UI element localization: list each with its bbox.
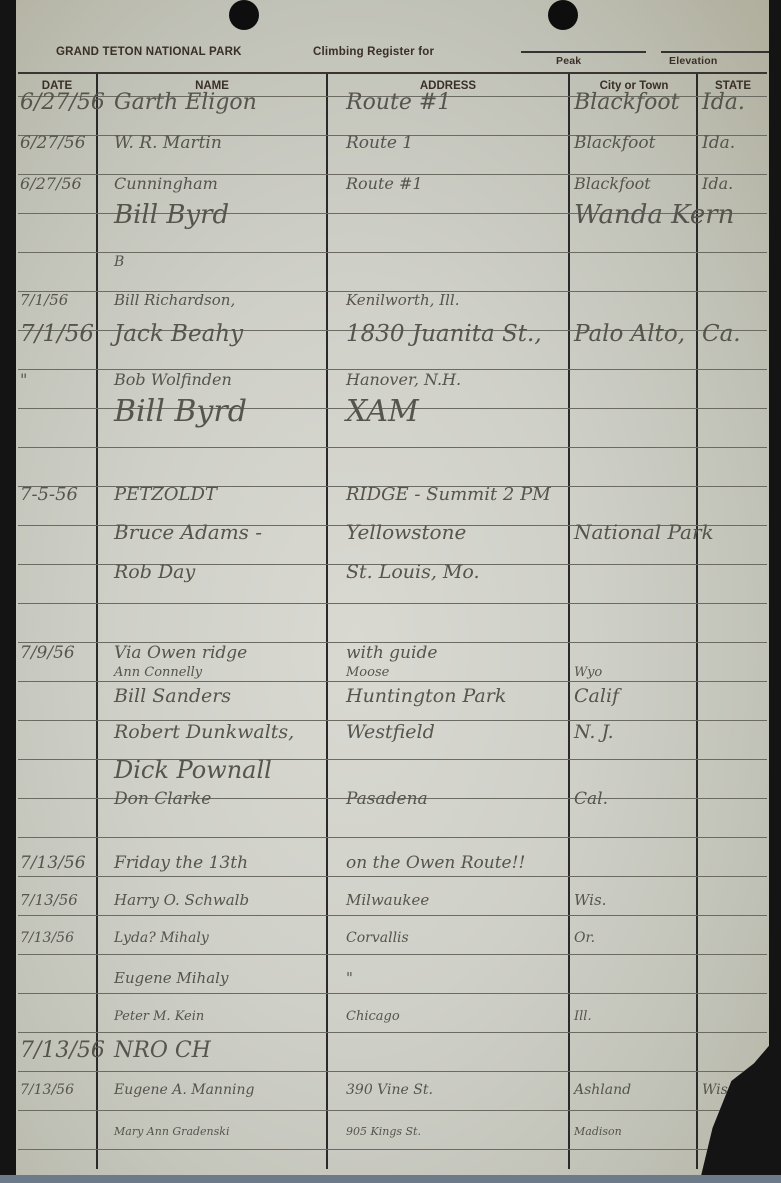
- entry-city: Cal.: [574, 789, 608, 809]
- entry-name: Garth Eligon: [114, 90, 257, 115]
- entry-name: Dick Pownall: [114, 756, 272, 784]
- entry-name: PETZOLDT: [114, 484, 217, 505]
- entry-address: 905 Kings St.: [346, 1125, 421, 1138]
- entry-name: Don Clarke: [114, 789, 211, 809]
- ruled-line: [18, 993, 767, 994]
- ruled-line: [18, 837, 767, 838]
- entry-address: St. Louis, Mo.: [346, 561, 480, 583]
- entry-city: Ill.: [574, 1009, 592, 1024]
- ruled-line: [18, 447, 767, 448]
- entry-city: Wanda Kern: [574, 200, 734, 230]
- entry-name: Bob Wolfinden: [114, 370, 232, 389]
- entry-address: Huntington Park: [346, 685, 506, 707]
- entry-name: Robert Dunkwalts,: [114, 721, 294, 743]
- entry-name: Jack Beahy: [114, 321, 243, 347]
- entry-address: Route #1: [346, 174, 423, 193]
- ruled-line: [18, 681, 767, 682]
- entry-address: on the Owen Route!!: [346, 853, 525, 873]
- bottom-edge: [0, 1175, 781, 1183]
- ruled-line: [18, 1149, 767, 1150]
- column-divider: [96, 74, 98, 1169]
- column-divider: [568, 74, 570, 1169]
- entry-date: 7/1/56: [20, 291, 68, 309]
- entry-city: Blackfoot: [574, 133, 655, 153]
- entry-state: Ida.: [702, 90, 745, 115]
- entry-state: Ca.: [702, 321, 741, 347]
- ruled-line: [18, 954, 767, 955]
- entry-city: Madison: [574, 1125, 622, 1138]
- ruled-line: [18, 915, 767, 916]
- ruled-line: [18, 252, 767, 253]
- entry-address: XAM: [346, 394, 419, 429]
- entry-name: W. R. Martin: [114, 133, 222, 153]
- entry-address: Moose: [346, 665, 389, 680]
- header-rule: [18, 72, 767, 74]
- entry-city: N. J.: [574, 721, 614, 743]
- entry-name: Bill Sanders: [114, 685, 231, 707]
- entry-name: Bill Byrd: [114, 394, 247, 429]
- peak-label: Peak: [556, 55, 581, 67]
- entry-name: Via Owen ridge: [114, 643, 247, 663]
- entry-date: 7/1/56: [20, 321, 94, 347]
- entry-name: B: [114, 254, 124, 270]
- entry-city: Palo Alto,: [574, 321, 685, 347]
- entry-name: Harry O. Schwalb: [114, 891, 249, 909]
- entry-city: Blackfoot: [574, 90, 679, 115]
- entry-name: Mary Ann Gradenski: [114, 1125, 229, 1138]
- entry-name: Peter M. Kein: [114, 1009, 204, 1024]
- entry-date: 6/27/56: [20, 174, 82, 193]
- entry-city: Blackfoot: [574, 174, 651, 193]
- entry-address: Corvallis: [346, 930, 409, 946]
- entry-name: Bill Byrd: [114, 200, 229, 230]
- entry-name: Bruce Adams -: [114, 520, 262, 544]
- entry-address: Route 1: [346, 133, 413, 153]
- entry-name: Cunningham: [114, 174, 218, 193]
- entry-city: Wis.: [574, 891, 606, 909]
- entry-city: National Park: [574, 520, 714, 544]
- entry-address: Hanover, N.H.: [346, 370, 461, 389]
- entry-name: Bill Richardson,: [114, 291, 235, 309]
- entry-address: RIDGE - Summit 2 PM: [346, 484, 551, 505]
- entry-state: Ida.: [702, 174, 733, 193]
- entry-address: 1830 Juanita St.,: [346, 321, 542, 347]
- ruled-line: [18, 876, 767, 877]
- ruled-line: [18, 603, 767, 604]
- entry-city: Calif: [574, 685, 619, 707]
- entry-address: Kenilworth, Ill.: [346, 291, 460, 309]
- entry-date: 6/27/56: [20, 133, 86, 153]
- entry-name: Ann Connelly: [114, 665, 202, 680]
- entry-name: Eugene Mihaly: [114, 969, 228, 987]
- column-divider: [326, 74, 328, 1169]
- entry-city: Ashland: [574, 1082, 631, 1098]
- entry-name: Lyda? Mihaly: [114, 930, 209, 946]
- entry-date: 6/27/56: [20, 90, 105, 115]
- entry-address: 390 Vine St.: [346, 1082, 433, 1098]
- elevation-label: Elevation: [669, 55, 717, 67]
- entry-address: Milwaukee: [346, 891, 429, 909]
- punch-hole: [229, 0, 259, 30]
- entry-date: 7/13/56: [20, 853, 86, 873]
- punch-hole: [548, 0, 578, 30]
- entry-address: Route #1: [346, 90, 451, 115]
- entry-address: Chicago: [346, 1009, 400, 1024]
- entry-city: Wyo: [574, 665, 602, 680]
- entry-name: Friday the 13th: [114, 853, 248, 873]
- ruled-line: [18, 1032, 767, 1033]
- column-divider: [696, 74, 698, 1169]
- entry-date: 7-5-56: [20, 484, 78, 505]
- entry-name: NRO CH: [114, 1038, 211, 1063]
- register-sheet: GRAND TETON NATIONAL PARK Climbing Regis…: [16, 0, 769, 1175]
- entry-date: ": [20, 370, 27, 389]
- elevation-line: [661, 51, 769, 53]
- entry-date: 7/13/56: [20, 891, 78, 909]
- ruled-line: [18, 1110, 767, 1111]
- entry-city: Or.: [574, 930, 595, 946]
- ruled-line: [18, 1071, 767, 1072]
- entry-address: ": [346, 969, 353, 987]
- entry-date: 7/9/56: [20, 643, 75, 663]
- entry-address: with guide: [346, 643, 437, 663]
- entry-date: 7/13/56: [20, 930, 74, 946]
- entry-state: Ida.: [702, 133, 735, 153]
- entry-name: Rob Day: [114, 561, 195, 583]
- entry-address: Westfield: [346, 721, 435, 743]
- register-label: Climbing Register for: [313, 46, 434, 58]
- entry-date: 7/13/56: [20, 1082, 74, 1098]
- park-title: GRAND TETON NATIONAL PARK: [56, 46, 242, 58]
- entry-name: Eugene A. Manning: [114, 1082, 254, 1098]
- entry-address: Yellowstone: [346, 520, 466, 544]
- entry-state: Wis.: [702, 1082, 732, 1098]
- entry-date: 7/13/56: [20, 1038, 105, 1063]
- peak-line: [521, 51, 646, 53]
- entry-address: Pasadena: [346, 789, 428, 809]
